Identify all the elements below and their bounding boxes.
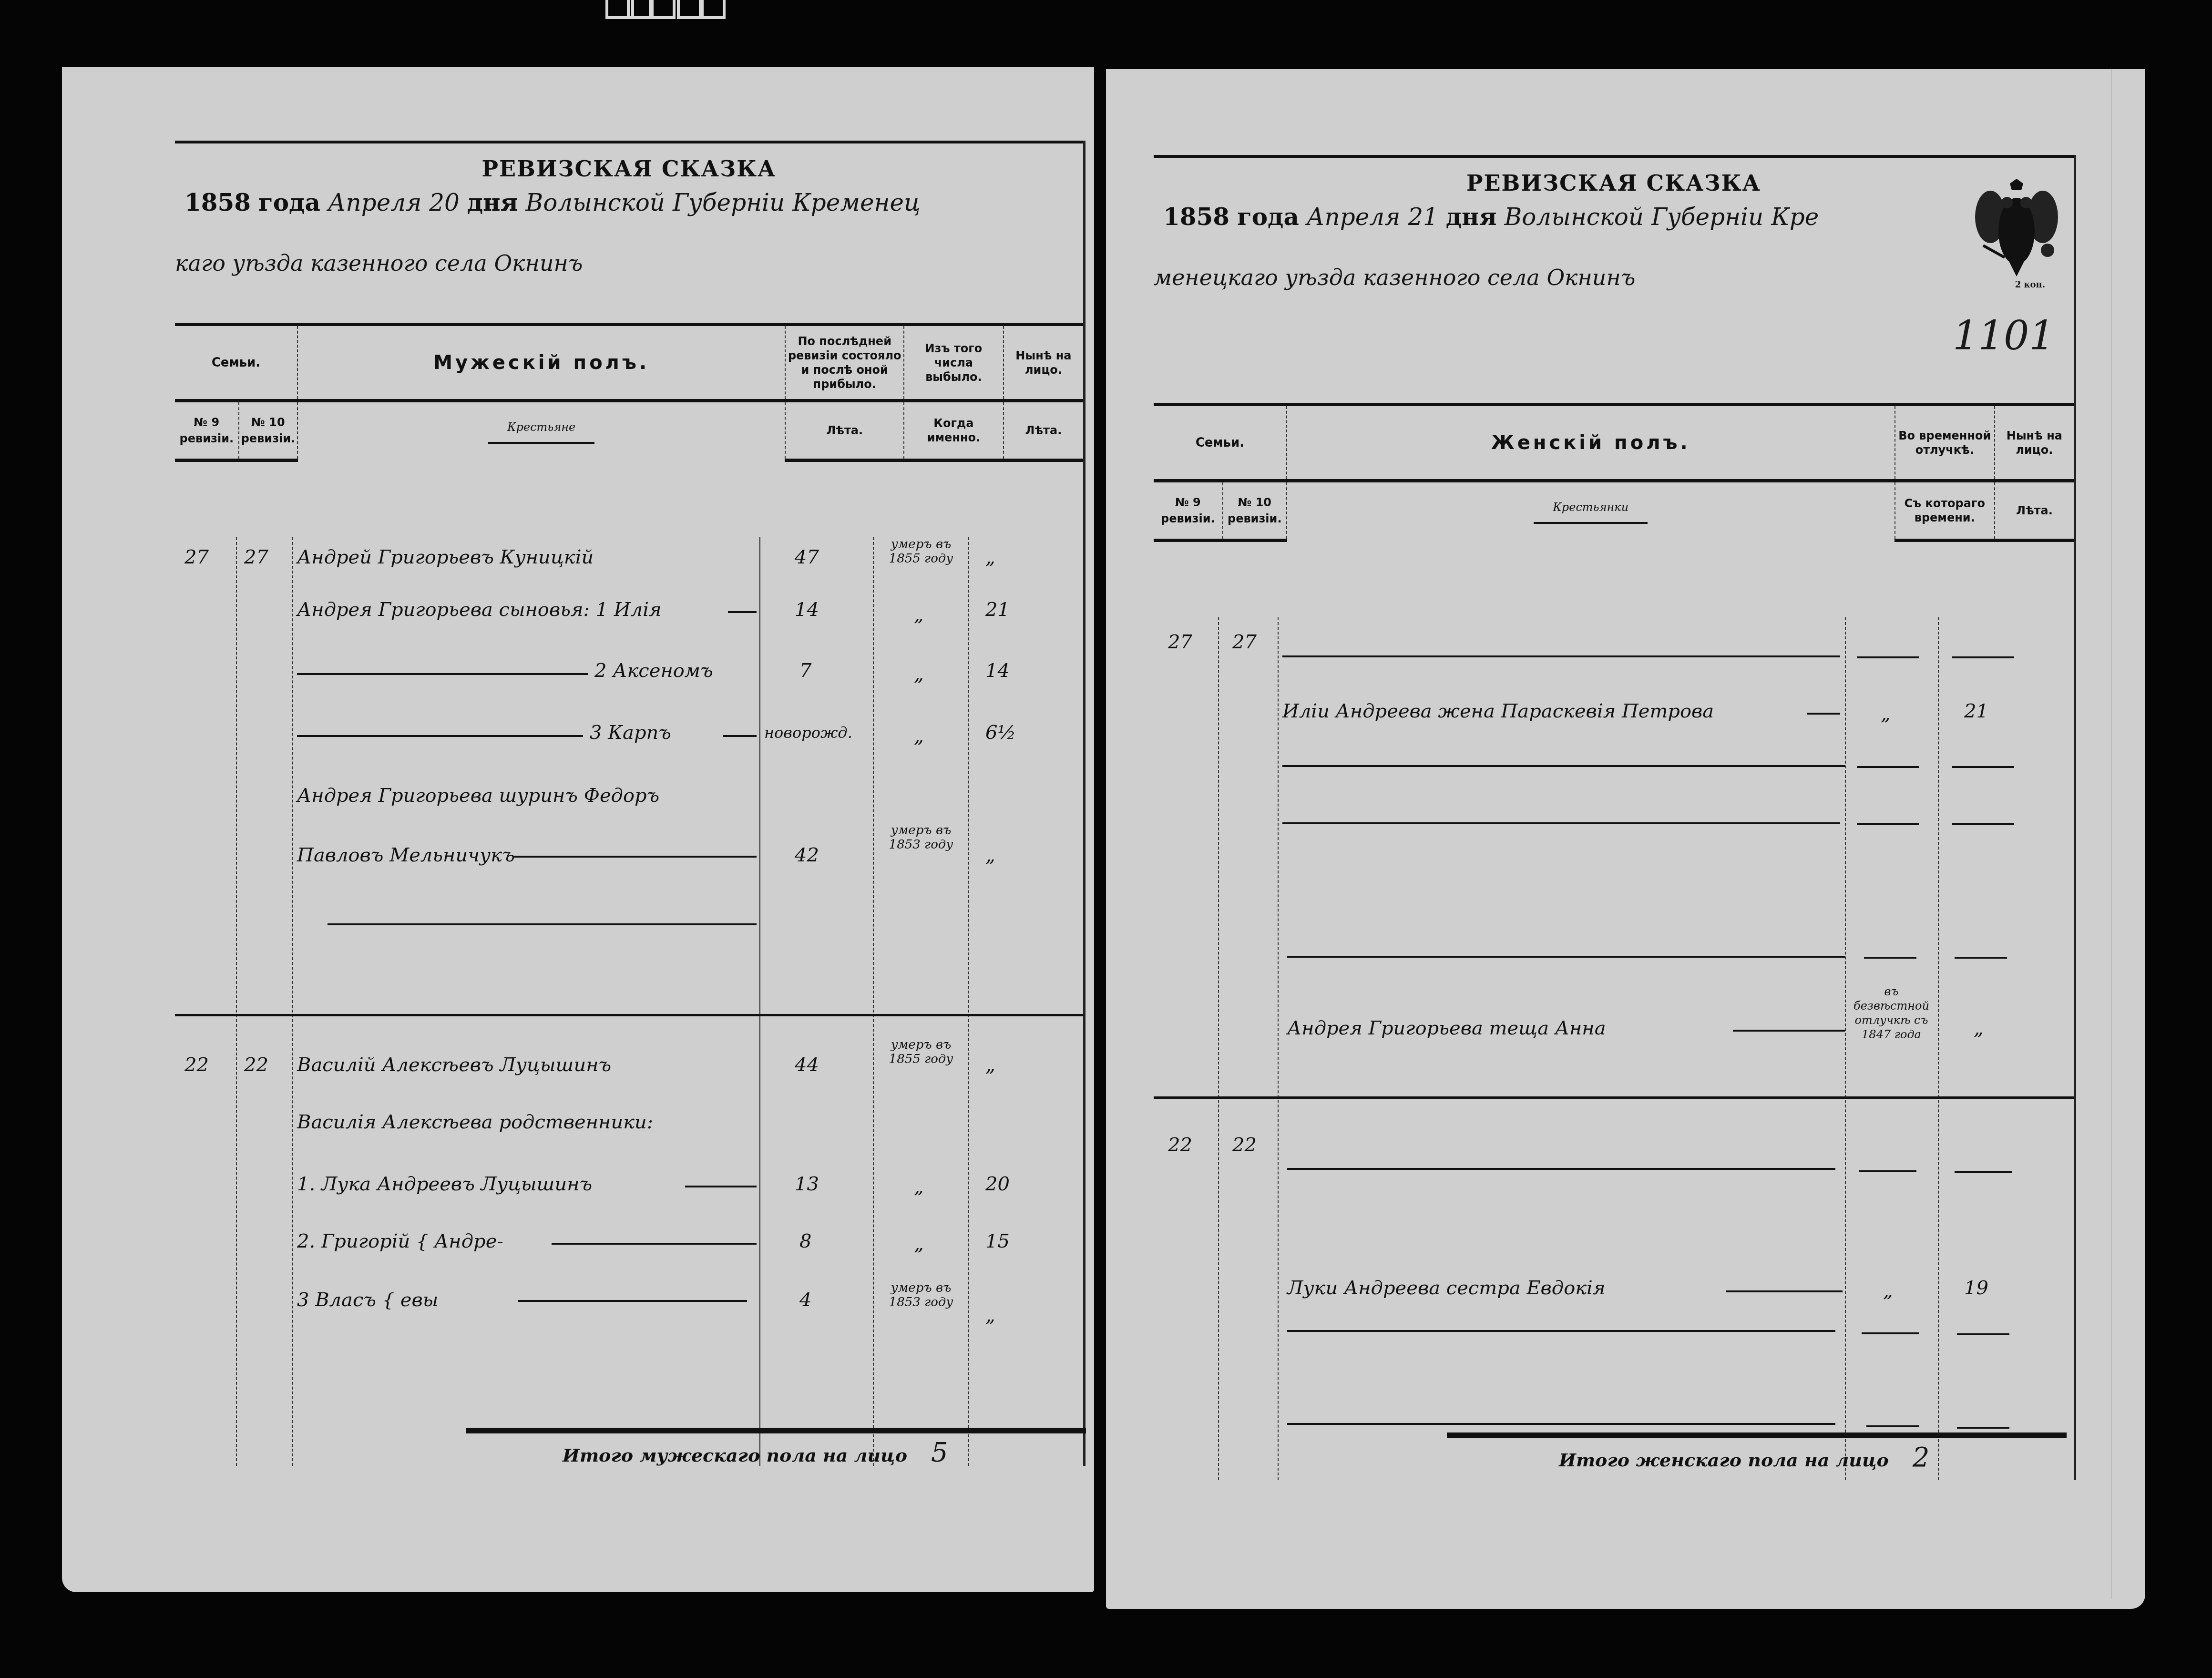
name-cell: Василій Алексѣевъ Луцышинъ bbox=[297, 1054, 611, 1075]
left-page: РЕВИЗСКАЯ СКАЗКА 1858 года Апреля 20 дня… bbox=[62, 67, 1094, 1592]
total-rule bbox=[1447, 1432, 2067, 1438]
age-cell: 44 bbox=[795, 1054, 819, 1075]
present-cell: 15 bbox=[985, 1231, 1010, 1252]
since-cell: „ bbox=[1881, 703, 1891, 724]
heading-line-2: каго уѣзда казенного села Окнинъ bbox=[175, 250, 583, 276]
rev9-cell: 22 bbox=[184, 1054, 209, 1075]
families-header: Семьи. bbox=[175, 325, 297, 401]
month: Апреля 21 bbox=[1307, 203, 1438, 231]
present-cell: „ bbox=[1974, 1018, 1984, 1039]
name-cell: Андрея Григорьева теща Анна bbox=[1287, 1018, 1606, 1039]
strip-tick bbox=[627, 0, 652, 19]
right-page: РЕВИЗСКАЯ СКАЗКА 2 коп. 1858 года Апреля… bbox=[1106, 69, 2145, 1609]
since-header: Съ котораго времени. bbox=[1895, 481, 1995, 541]
absence-header: Во временной отлучкѣ. bbox=[1895, 405, 1995, 481]
name-cell: Иліи Андреева жена Параскевія Петрова bbox=[1282, 701, 1714, 722]
family-separator bbox=[175, 1014, 1083, 1016]
total-label: Итого мужескаго пола на лицо bbox=[563, 1444, 907, 1466]
name-cell: Павловъ Мельничукъ bbox=[297, 845, 515, 866]
rev10-cell: 22 bbox=[1232, 1135, 1257, 1156]
age-cell: 13 bbox=[795, 1174, 819, 1195]
age-cell: 42 bbox=[795, 845, 819, 866]
rule bbox=[1154, 155, 2074, 158]
strip-tick bbox=[677, 0, 702, 19]
rev10-cell: 27 bbox=[1232, 632, 1257, 653]
category-header: Крестьянки bbox=[1287, 481, 1895, 541]
name-cell: Андрея Григорьева шуринъ Федоръ bbox=[297, 785, 659, 806]
present-cell: 14 bbox=[985, 660, 1010, 681]
present-cell: „ bbox=[985, 1054, 995, 1075]
column-headers: Семьи. Женскій полъ. Во временной отлучк… bbox=[1154, 403, 2074, 542]
column-headers: Семьи. Мужескій полъ. По послѣдней ревиз… bbox=[175, 323, 1083, 462]
years-present-header: Лѣта. bbox=[1004, 401, 1083, 460]
last-revision-header: По послѣдней ревизіи состояло и послѣ он… bbox=[785, 325, 904, 401]
page-title: РЕВИЗСКАЯ СКАЗКА bbox=[175, 156, 1083, 182]
age-cell: 8 bbox=[799, 1231, 811, 1252]
departed-header: Изъ того числа выбыло. bbox=[904, 325, 1004, 401]
year-label: года bbox=[1237, 203, 1299, 231]
departed-cell: умеръ въ 1853 году bbox=[876, 823, 966, 852]
families-header: Семьи. bbox=[1154, 405, 1287, 481]
present-cell: 19 bbox=[1964, 1278, 1988, 1299]
archive-strip bbox=[524, 0, 1430, 19]
rev9-cell: 27 bbox=[1168, 632, 1192, 653]
age-cell: 7 bbox=[799, 660, 811, 681]
female-total: Итого женскаго пола на лицо2 bbox=[1559, 1442, 1929, 1473]
revision-form-male: РЕВИЗСКАЯ СКАЗКА 1858 года Апреля 20 дня… bbox=[175, 141, 1086, 1466]
strip-tick bbox=[651, 0, 676, 19]
departed-cell: „ bbox=[914, 726, 924, 747]
year-label: года bbox=[258, 188, 320, 216]
departed-cell: „ bbox=[914, 1176, 924, 1197]
name-cell: 3 Карпъ bbox=[590, 722, 671, 743]
present-cell: „ bbox=[985, 1305, 995, 1326]
name-cell: 2 Аксеномъ bbox=[594, 660, 713, 681]
rev9-header: № 9 ревизіи. bbox=[1154, 481, 1223, 541]
departed-cell: умеръ въ 1855 году bbox=[876, 537, 966, 566]
name-cell: Луки Андреева сестра Евдокія bbox=[1287, 1278, 1605, 1299]
heading-line: 1858 года Апреля 21 дня Волынской Губерн… bbox=[1163, 203, 1819, 231]
family-separator bbox=[1154, 1096, 2074, 1099]
table-body: 27 27 Иліи Андреева жена Параскевія Петр… bbox=[1154, 617, 2074, 1480]
present-header: Нынѣ на лицо. bbox=[1004, 325, 1083, 401]
heading-line: 1858 года Апреля 20 дня Волынской Губерн… bbox=[184, 188, 921, 216]
rev9-cell: 22 bbox=[1168, 1135, 1192, 1156]
since-cell: „ bbox=[1883, 1280, 1893, 1301]
present-cell: „ bbox=[985, 547, 995, 568]
present-header: Нынѣ на лицо. bbox=[1995, 405, 2074, 481]
when-header: Когда именно. bbox=[904, 401, 1004, 460]
strip-tick bbox=[701, 0, 726, 19]
age-cell: 14 bbox=[795, 599, 819, 620]
table-body: 27 27 Андрей Григорьевъ Куницкій 47 умер… bbox=[175, 537, 1083, 1466]
rev10-header: № 10 ревизіи. bbox=[1223, 481, 1287, 541]
departed-cell: „ bbox=[914, 1233, 924, 1254]
rev10-cell: 27 bbox=[244, 547, 268, 568]
age-cell: 47 bbox=[795, 547, 819, 568]
stamp-value: 2 коп. bbox=[2015, 280, 2045, 290]
total-label: Итого женскаго пола на лицо bbox=[1559, 1449, 1889, 1471]
gender-header: Женскій полъ. bbox=[1287, 405, 1895, 481]
folio-number: 1101 bbox=[1953, 312, 2055, 359]
name-cell: Василія Алексѣева родственники: bbox=[297, 1112, 653, 1133]
revision-form-female: РЕВИЗСКАЯ СКАЗКА 2 коп. 1858 года Апреля… bbox=[1154, 155, 2076, 1480]
present-cell: 20 bbox=[985, 1174, 1010, 1195]
day-label: дня bbox=[1446, 203, 1497, 231]
departed-cell: умеръ въ 1853 году bbox=[876, 1281, 966, 1310]
departed-cell: „ bbox=[914, 664, 924, 685]
name-cell: 2. Григорій { Андре- bbox=[297, 1231, 503, 1252]
name-cell: Андрей Григорьевъ Куницкій bbox=[297, 547, 594, 568]
age-cell: новорожд. bbox=[764, 722, 852, 743]
name-cell: 1. Лука Андреевъ Луцышинъ bbox=[297, 1174, 592, 1195]
rev9-header: № 9 ревизіи. bbox=[175, 401, 239, 460]
present-cell: „ bbox=[985, 845, 995, 866]
total-value: 5 bbox=[931, 1437, 948, 1468]
present-cell: 21 bbox=[985, 599, 1010, 620]
total-value: 2 bbox=[1913, 1442, 1930, 1473]
departed-cell: умеръ въ 1855 году bbox=[876, 1038, 966, 1066]
day-label: дня bbox=[467, 188, 518, 216]
rev10-header: № 10 ревизіи. bbox=[239, 401, 297, 460]
present-cell: 6½ bbox=[985, 722, 1016, 743]
since-cell: въ безвѣстной отлучкѣ съ 1847 года bbox=[1847, 984, 1935, 1042]
male-total: Итого мужескаго пола на лицо5 bbox=[563, 1437, 948, 1468]
age-cell: 4 bbox=[799, 1289, 811, 1310]
place: Волынской Губерніи Кременец bbox=[526, 189, 921, 216]
heading-line-2: менецкаго уѣзда казенного села Окнинъ bbox=[1154, 265, 1635, 290]
total-rule bbox=[466, 1428, 1086, 1433]
double-headed-eagle-icon bbox=[1971, 174, 2062, 279]
present-cell: 21 bbox=[1964, 701, 1988, 722]
departed-cell: „ bbox=[914, 604, 924, 625]
page-title: РЕВИЗСКАЯ СКАЗКА bbox=[1154, 170, 2074, 196]
rev10-cell: 22 bbox=[244, 1054, 268, 1075]
place: Волынской Губерніи Кре bbox=[1505, 203, 1819, 231]
rev9-cell: 27 bbox=[184, 547, 209, 568]
name-cell: Андрея Григорьева сыновья: 1 Илія bbox=[297, 599, 661, 620]
rule bbox=[175, 141, 1083, 143]
gender-header: Мужескій полъ. bbox=[297, 325, 786, 401]
name-cell: 3 Власъ { евы bbox=[297, 1289, 438, 1310]
years-header: Лѣта. bbox=[785, 401, 904, 460]
month: Апреля 20 bbox=[328, 189, 460, 216]
category-header: Крестьяне bbox=[297, 401, 786, 460]
year: 1858 bbox=[184, 188, 251, 216]
years-header: Лѣта. bbox=[1995, 481, 2074, 541]
year: 1858 bbox=[1163, 203, 1229, 231]
